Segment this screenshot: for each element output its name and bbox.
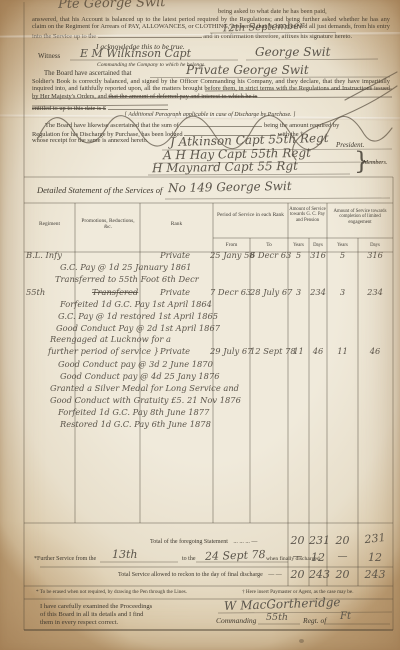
printed-carry-line: being asked to what date he has been pai… [218, 8, 327, 15]
totals-row-3-label: Total Service allowed to reckon to the d… [118, 572, 282, 578]
struck-line-2: entitled to up to this date is £ [32, 103, 168, 112]
table-row: Forfeited 1d G.C. Pay 1st April 1864 [60, 299, 212, 309]
commanding-label: Commanding [216, 616, 256, 625]
table-row: Granted a Silver Medal for Long Service … [50, 383, 239, 393]
table-row: Good Conduct with Gratuity £5. 21 Nov 18… [50, 395, 241, 405]
purchase-line-3: whose receipt for the same is annexed he… [32, 137, 148, 144]
blank-line [98, 31, 202, 38]
grand-days-gc: 243 [309, 568, 327, 581]
further-days-le: 12 [358, 551, 392, 564]
table-row: Transferred to 55th Foot 6th Decr [55, 274, 199, 284]
table-row: Good Conduct pay @ 4d 25 Jany 1876 [60, 371, 220, 381]
table-row: G.C. Pay @ 1d restored 1st April 1865 [58, 311, 218, 321]
col-header-days: Days [358, 243, 392, 248]
members-label: Members. [363, 159, 388, 166]
further-service-hw-start: 13th [112, 548, 138, 561]
footnote-left: * To be erased when not required, by dra… [36, 589, 187, 595]
scanned-service-record: Pte George Swit being asked to what date… [0, 0, 400, 650]
handwritten-board-name: Private George Swit [186, 63, 309, 77]
col-header-period: Period of Service in each Rank [217, 212, 284, 218]
col-header-days: Days [309, 243, 327, 248]
col-header-years: Years [327, 243, 358, 248]
statement-title: Detailed Statement of the Services of [37, 185, 162, 195]
col-header-to: To [250, 242, 288, 248]
purchase-bracket-caption: [ Additional Paragraph applicable in cas… [110, 112, 310, 118]
further-service-label-a: *Further Service from the [34, 556, 96, 562]
commanding-regiment-hw: 55th [266, 612, 288, 623]
member-signature-2: H Maynard Capt 55 Rgt [152, 159, 298, 176]
grand-years-le: 20 [327, 568, 358, 581]
printed-paragraph-board: Soldier's Book is correctly balanced, an… [32, 78, 390, 100]
soldier-signature: George Swit [255, 45, 330, 59]
further-days-gc: 12 [309, 551, 327, 564]
further-service-label-b: to the [182, 556, 196, 562]
total-years-le: 20 [327, 534, 358, 547]
commanding-tail-hw: Ft [340, 611, 351, 622]
totals-row-1-label: Total of the foregoing Statement ... ...… [150, 539, 257, 545]
blank-line [180, 120, 262, 127]
total-days-le: 231 [357, 530, 392, 546]
grand-years-gc: 20 [286, 568, 309, 581]
board-ascertained-line: The Board have ascertained that [44, 70, 132, 77]
blank-line [108, 103, 168, 110]
paper-speck [299, 639, 304, 643]
certification-text: I have carefully examined the Proceeding… [40, 603, 230, 626]
witness-signature: E M Wilkinson Capt [80, 47, 191, 60]
total-days-gc: 231 [309, 534, 327, 547]
table-row: G.C. Pay @ 1d 25 January 1861 [60, 262, 191, 272]
col-header-from: From [213, 242, 250, 248]
further-years-gc: — [286, 551, 309, 562]
col-header-regiment: Regiment [24, 221, 75, 227]
further-years-le: — [327, 551, 358, 562]
col-header-promotions: Promotions, Reductions, &c. [79, 218, 137, 230]
col-header-rank: Rank [140, 221, 213, 227]
struck-text: entitled to up to this date is £ [32, 105, 106, 112]
table-row: Good Conduct Pay @ 2d 1st April 1867 [56, 323, 220, 333]
struck-text: that the amount of deferred pay and inte… [108, 93, 257, 100]
handwritten-name-top: Pte George Swit [58, 0, 166, 12]
commanding-signature: W MacGortheridge [224, 595, 341, 613]
table-row: Good Conduct pay @ 3d 2 June 1870 [58, 359, 213, 369]
printed-paragraph-account: answered, that his Account is balanced u… [32, 16, 390, 40]
statement-handwritten-name: No 149 George Swit [168, 179, 292, 195]
col-header-amount-gc: Amount of Service towards G. C. Pay and … [289, 207, 326, 223]
further-service-hw-end: 24 Sept 78 [205, 548, 266, 563]
table-row: Forfeited 1d G.C. Pay 8th June 1877 [58, 407, 209, 417]
grand-days-le: 243 [358, 568, 392, 581]
regt-of-label: Regt. of [303, 616, 326, 625]
witness-label: Witness [38, 52, 60, 60]
col-header-amount-le: Amount of Service towards completion of … [329, 209, 391, 225]
total-years-gc: 20 [286, 534, 309, 547]
table-row: Restored 1d G.C. Pay 6th June 1878 [60, 419, 211, 429]
col-header-years: Years [288, 243, 309, 248]
table-row: Reengaged at Lucknow for a [50, 334, 171, 344]
